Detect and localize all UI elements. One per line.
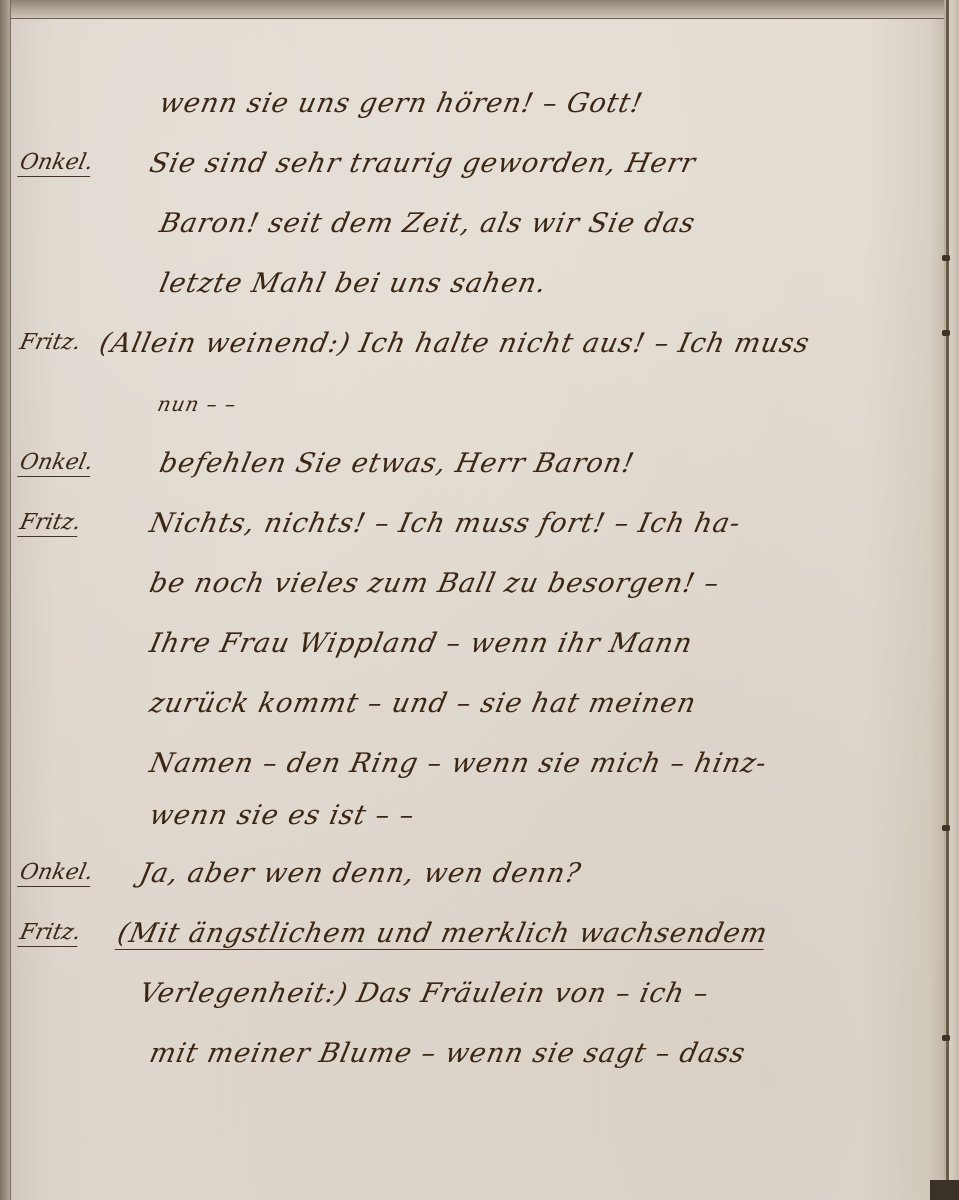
manuscript-line: befehlen Sie etwas, Herr Baron!	[157, 448, 638, 479]
page-corner-shadow	[930, 1180, 959, 1200]
binding-stitch	[942, 825, 950, 831]
speaker-label: Fritz.	[17, 920, 83, 947]
speaker-label: Fritz.	[17, 330, 83, 356]
manuscript-line: Ihre Frau Wippland – wenn ihr Mann	[147, 628, 696, 659]
manuscript-line: Namen – den Ring – wenn sie mich – hinz-	[147, 748, 770, 779]
binding-thread	[946, 0, 949, 1200]
manuscript-line: Ja, aber wen denn, wen denn?	[137, 858, 584, 889]
speaker-label: Onkel.	[17, 450, 95, 477]
manuscript-line: letzte Mahl bei uns sahen.	[157, 268, 550, 299]
manuscript-line: Verlegenheit:) Das Fräulein von – ich –	[137, 978, 712, 1009]
manuscript-line: Nichts, nichts! – Ich muss fort! – Ich h…	[147, 508, 744, 539]
manuscript-line: (Allein weinend:) Ich halte nicht aus! –…	[97, 328, 813, 359]
manuscript-line: Sie sind sehr traurig geworden, Herr	[147, 148, 699, 179]
speaker-label: Onkel.	[17, 860, 95, 887]
manuscript-line: Baron! seit dem Zeit, als wir Sie das	[157, 208, 699, 239]
manuscript-line: mit meiner Blume – wenn sie sagt – dass	[147, 1038, 749, 1069]
manuscript-line: zurück kommt – und – sie hat meinen	[147, 688, 700, 719]
page-frame-top	[0, 0, 959, 19]
binding-stitch	[942, 330, 950, 336]
binding-stitch	[942, 255, 950, 261]
manuscript-line: nun – –	[155, 392, 238, 416]
manuscript-line: wenn sie es ist – –	[147, 800, 418, 831]
manuscript-page: wenn sie uns gern hören! – Gott! Onkel. …	[0, 0, 959, 1200]
page-frame-left	[0, 0, 11, 1200]
manuscript-line: be noch vieles zum Ball zu besorgen! –	[147, 568, 723, 599]
manuscript-line-stage-direction: (Mit ängstlichem und merklich wachsendem	[115, 918, 771, 950]
speaker-label: Onkel.	[17, 150, 95, 177]
manuscript-line: wenn sie uns gern hören! – Gott!	[157, 88, 646, 119]
binding-stitch	[942, 1035, 950, 1041]
speaker-label: Fritz.	[17, 510, 83, 537]
